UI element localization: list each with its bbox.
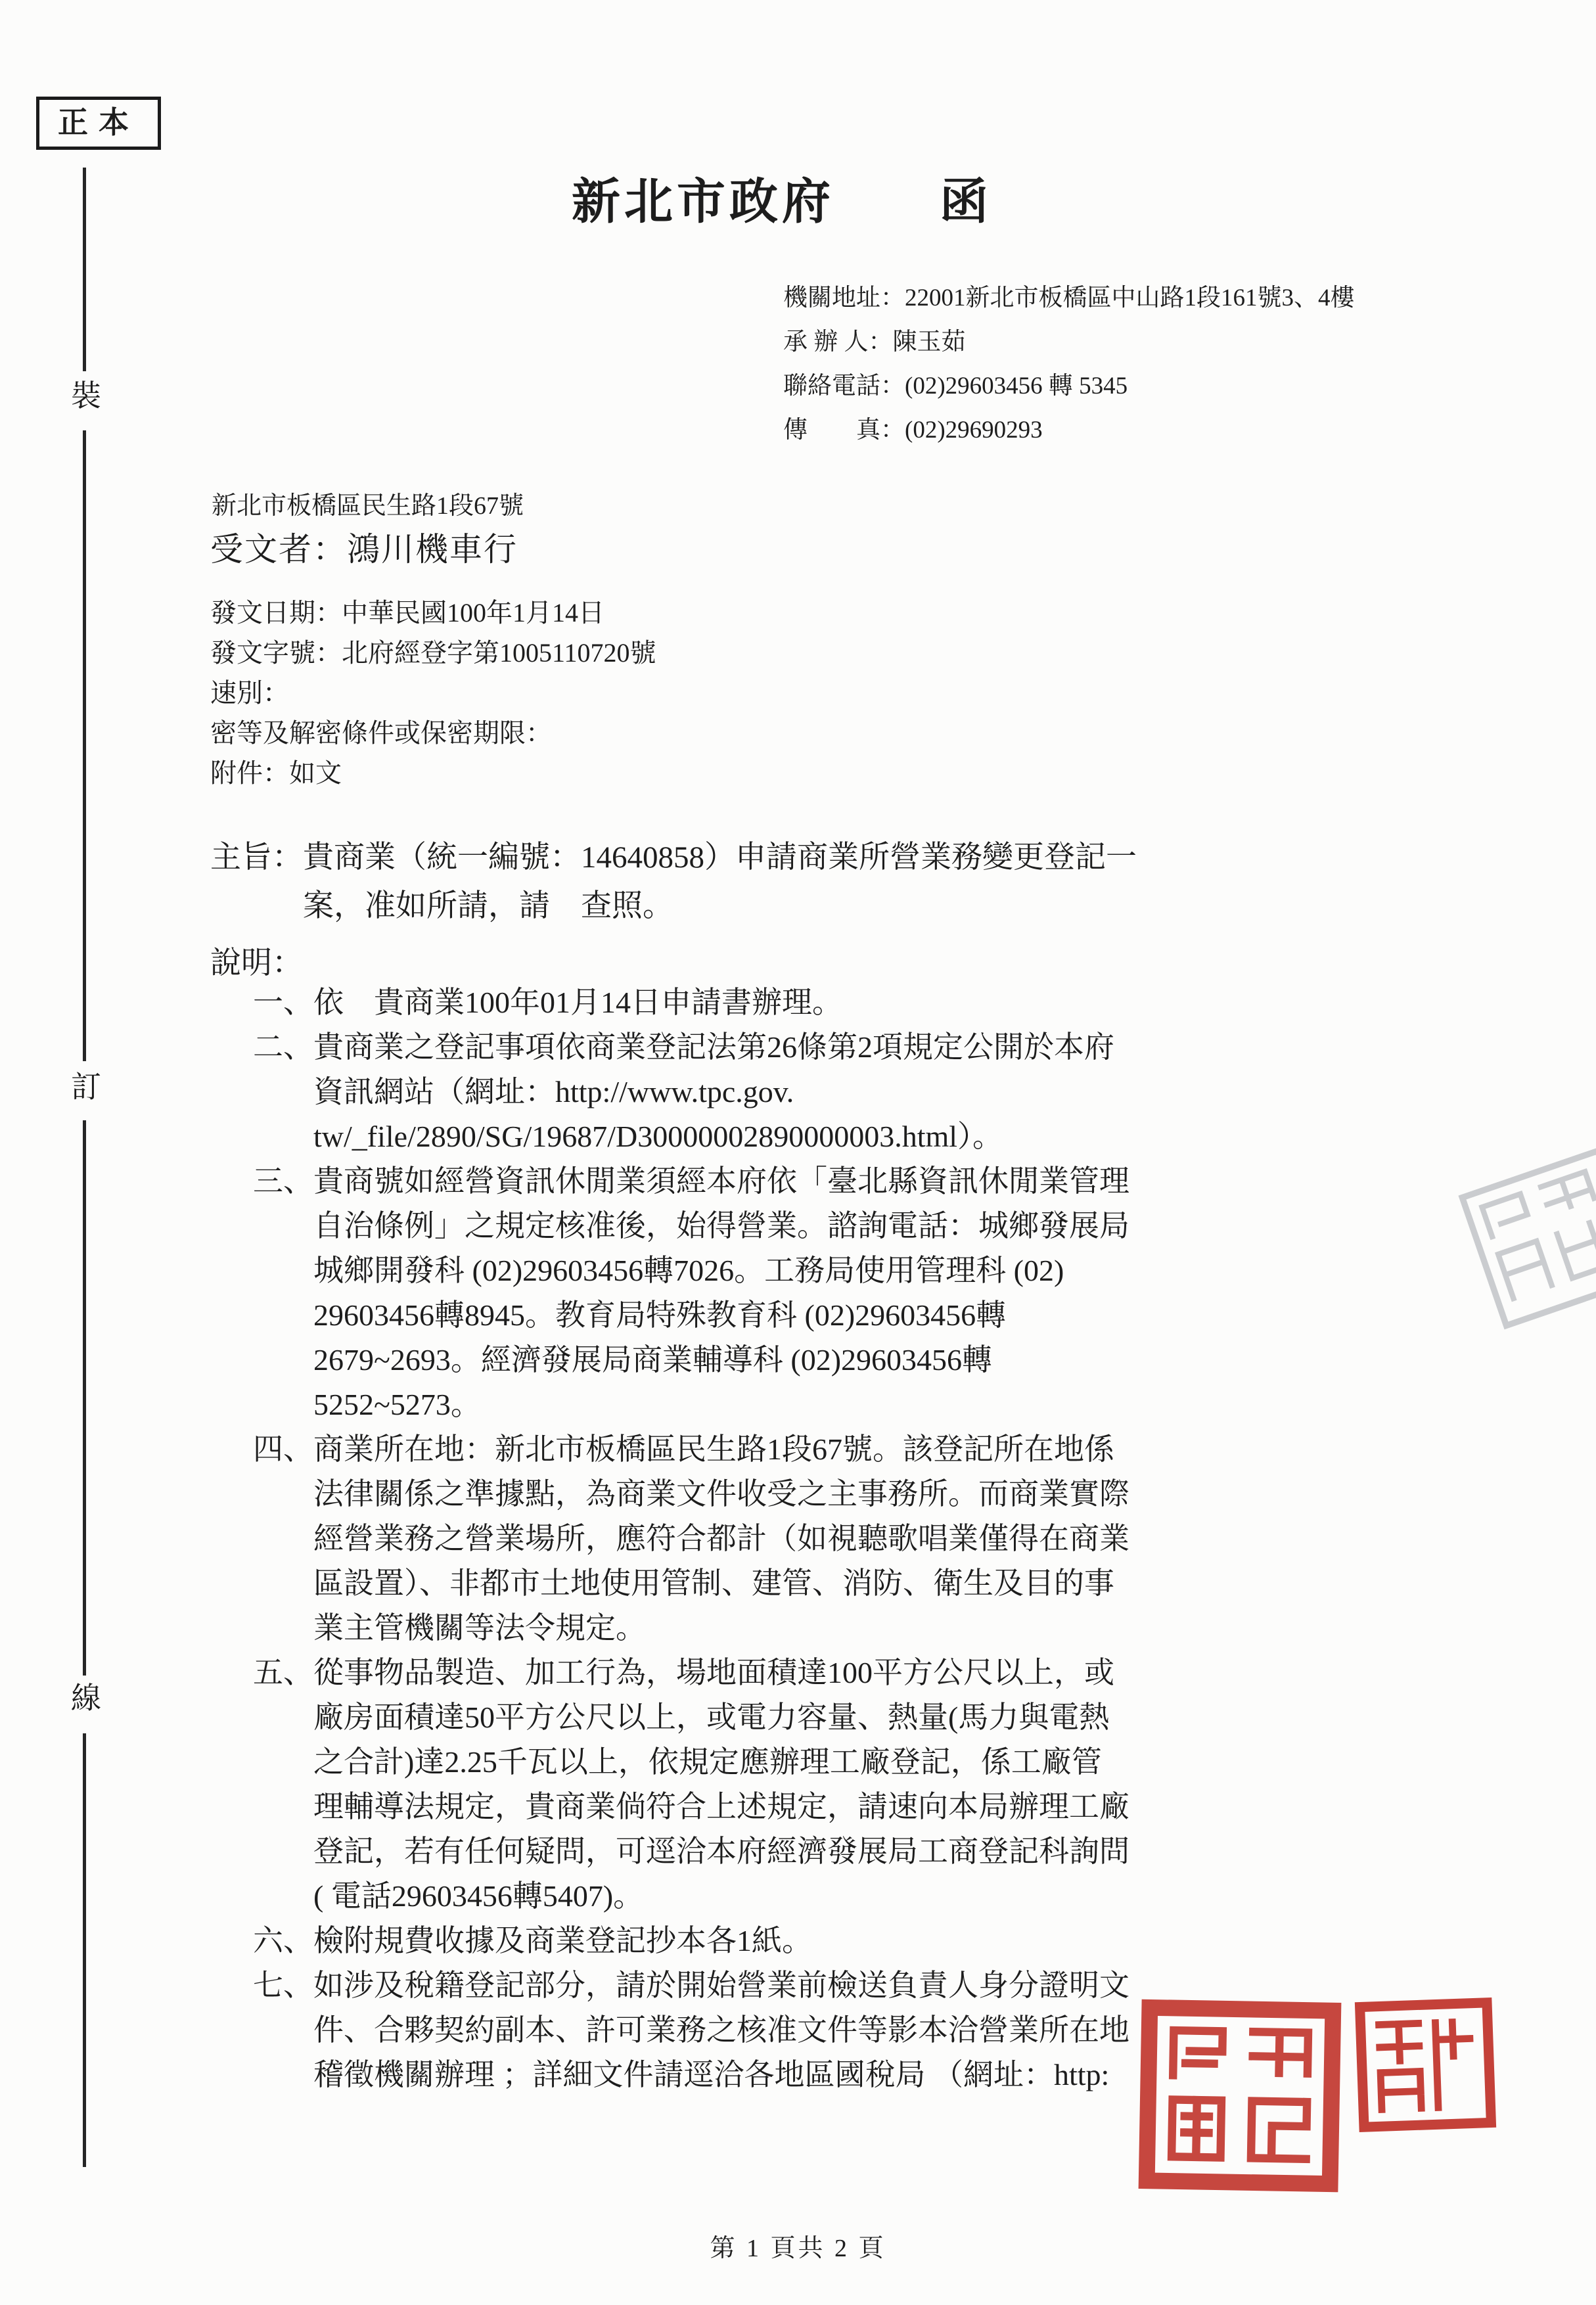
item-text: 貴商業之登記事項依商業登記法第26條第2項規定公開於本府 資訊網站（網址：htt… bbox=[313, 1025, 1114, 1159]
item-marker: 五、 bbox=[253, 1651, 313, 1695]
margin-label-binding: 裝 bbox=[66, 381, 106, 411]
item-marker: 一、 bbox=[253, 980, 313, 1025]
faint-stamp-icon bbox=[1453, 1143, 1596, 1334]
recipient-address: 新北市板橋區民生路1段67號 bbox=[212, 485, 524, 521]
recipient-name: 受文者：鴻川機車行 bbox=[210, 523, 518, 570]
copy-label: 正本 bbox=[36, 97, 161, 150]
item-marker: 三、 bbox=[253, 1159, 313, 1204]
explanation-item-4: 四、 商業所在地：新北市板橋區民生路1段67號。該登記所在地係 法律關係之準據點… bbox=[253, 1427, 1455, 1651]
margin-line-segment bbox=[83, 430, 86, 1061]
page-number-footer: 第 1 頁共 2 頁 bbox=[0, 2227, 1596, 2264]
margin-line-segment bbox=[83, 1120, 86, 1676]
official-seal-stamp-icon bbox=[1136, 1997, 1343, 2194]
item-marker: 四、 bbox=[253, 1427, 313, 1472]
explanation-heading: 說明： bbox=[210, 938, 303, 982]
explanation-item-3: 三、 貴商號如經營資訊休閒業須經本府依「臺北縣資訊休閒業管理 自治條例」之規定核… bbox=[253, 1159, 1455, 1427]
explanation-item-5: 五、 從事物品製造、加工行為，場地面積達100平方公尺以上，或 廠房面積達50平… bbox=[253, 1651, 1455, 1919]
document-title: 新北市政府 函 bbox=[572, 163, 992, 233]
item-marker: 六、 bbox=[253, 1919, 313, 1963]
item-text: 貴商號如經營資訊休閒業須經本府依「臺北縣資訊休閒業管理 自治條例」之規定核准後，… bbox=[313, 1159, 1129, 1427]
explanation-item-2: 二、 貴商業之登記事項依商業登記法第26條第2項規定公開於本府 資訊網站（網址：… bbox=[253, 1025, 1455, 1159]
agency-contact-info: 機關地址：22001新北市板橋區中山路1段161號3、4樓 承 辦 人：陳玉茹 … bbox=[783, 276, 1355, 452]
margin-label-staple: 訂 bbox=[66, 1072, 106, 1103]
subject-text: 貴商業（統一編號：14640858）申請商業所營業務變更登記一 案，准如所請，請… bbox=[303, 833, 1137, 930]
item-text: 檢附規費收據及商業登記抄本各1紙。 bbox=[313, 1919, 812, 1963]
margin-line-segment bbox=[83, 1733, 86, 2167]
subject-paragraph: 主旨： 貴商業（統一編號：14640858）申請商業所營業務變更登記一 案，准如… bbox=[210, 833, 1137, 930]
personal-seal-stamp-icon bbox=[1352, 1995, 1498, 2134]
item-text: 依 貴商業100年01月14日申請書辦理。 bbox=[313, 980, 842, 1025]
explanation-item-1: 一、 依 貴商業100年01月14日申請書辦理。 bbox=[253, 980, 1455, 1025]
item-marker: 七、 bbox=[253, 1963, 313, 2008]
margin-line-segment bbox=[83, 168, 86, 371]
explanation-list: 一、 依 貴商業100年01月14日申請書辦理。 二、 貴商業之登記事項依商業登… bbox=[253, 980, 1455, 2097]
explanation-item-6: 六、 檢附規費收據及商業登記抄本各1紙。 bbox=[253, 1919, 1455, 1963]
item-marker: 二、 bbox=[253, 1025, 313, 1070]
margin-label-line: 線 bbox=[66, 1683, 106, 1714]
item-text: 商業所在地：新北市板橋區民生路1段67號。該登記所在地係 法律關係之準據點，為商… bbox=[313, 1427, 1129, 1651]
scanned-official-letter: { "page": { "copy_label": "正本", "title":… bbox=[0, 0, 1596, 2305]
item-text: 從事物品製造、加工行為，場地面積達100平方公尺以上，或 廠房面積達50平方公尺… bbox=[313, 1651, 1129, 1919]
document-meta: 發文日期：中華民國100年1月14日 發文字號：北府經登字第1005110720… bbox=[210, 593, 656, 793]
item-text: 如涉及稅籍登記部分，請於開始營業前檢送負責人身分證明文 件、合夥契約副本、許可業… bbox=[313, 1963, 1129, 2097]
subject-label: 主旨： bbox=[210, 833, 303, 882]
